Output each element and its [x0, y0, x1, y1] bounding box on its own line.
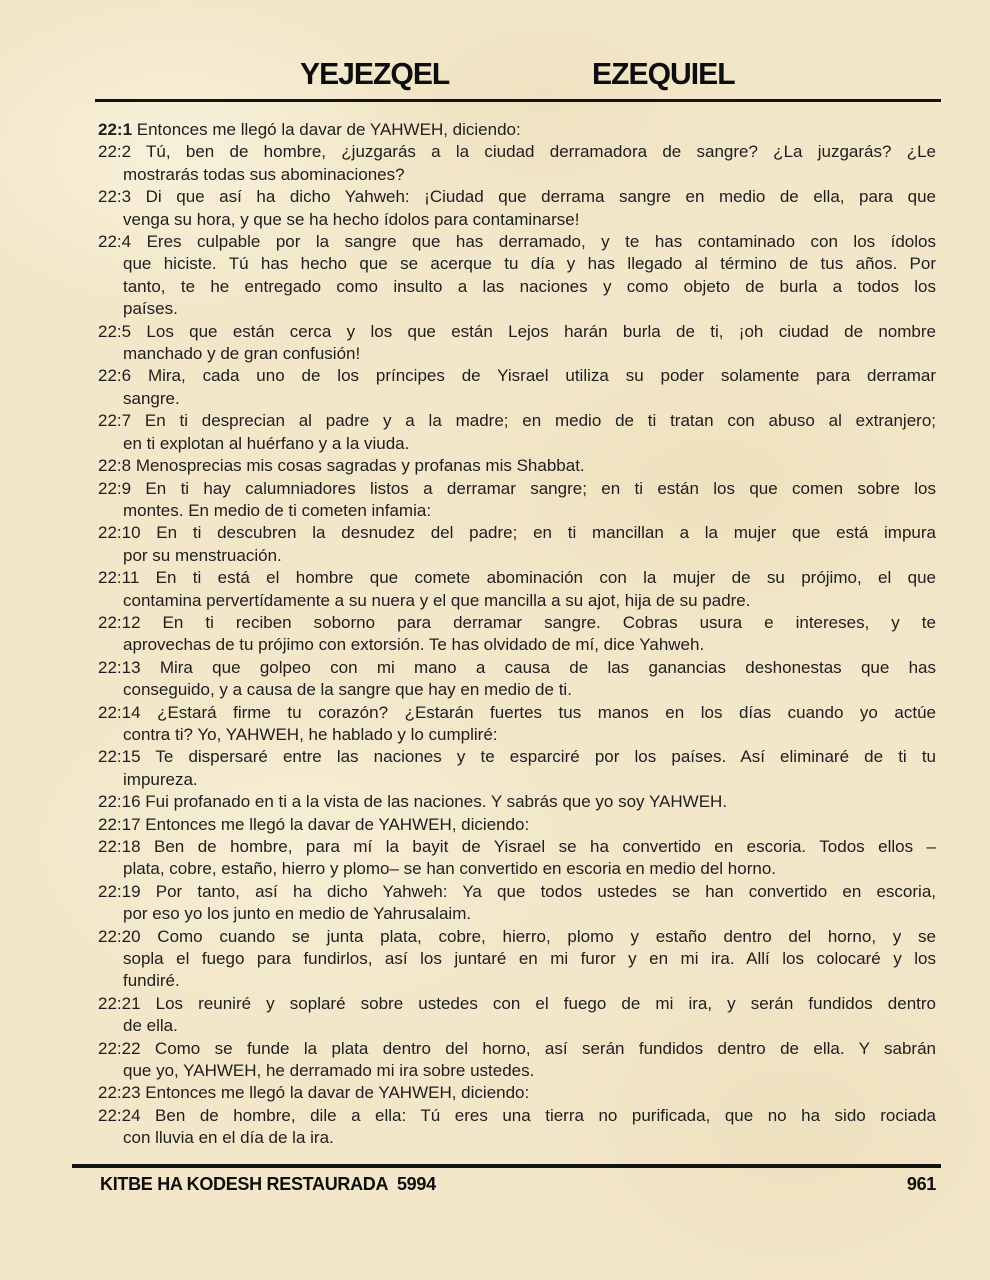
verse-number: 22:13: [98, 658, 141, 677]
verse-line: 22:20 Como cuando se junta plata, cobre,…: [98, 926, 936, 948]
verse-line: venga su hora, y que se ha hecho ídolos …: [123, 209, 936, 231]
verse: 22:5 Los que están cerca y los que están…: [98, 321, 936, 366]
verse-number: 22:20: [98, 927, 141, 946]
verse-line: 22:14 ¿Estará firme tu corazón? ¿Estarán…: [98, 702, 936, 724]
verse-line: 22:17 Entonces me llegó la davar de YAHW…: [98, 814, 936, 836]
verse-line: 22:18 Ben de hombre, para mí la bayit de…: [98, 836, 936, 858]
verse-line: aprovechas de tu prójimo con extorsión. …: [123, 634, 936, 656]
verse-line: 22:9 En ti hay calumniadores listos a de…: [98, 478, 936, 500]
verse: 22:7 En ti desprecian al padre y a la ma…: [98, 410, 936, 455]
verse-line: países.: [123, 298, 936, 320]
verse-line: 22:23 Entonces me llegó la davar de YAHW…: [98, 1082, 936, 1104]
verse: 22:24 Ben de hombre, dile a ella: Tú ere…: [98, 1105, 936, 1150]
verse-line: 22:22 Como se funde la plata dentro del …: [98, 1038, 936, 1060]
verse-line: 22:5 Los que están cerca y los que están…: [98, 321, 936, 343]
verse-line: montes. En medio de ti cometen infamia:: [123, 500, 936, 522]
verse: 22:12 En ti reciben soborno para derrama…: [98, 612, 936, 657]
verse-number: 22:22: [98, 1039, 141, 1058]
verse-body: 22:1 Entonces me llegó la davar de YAHWE…: [98, 119, 936, 1150]
verse: 22:16 Fui profanado en ti a la vista de …: [98, 791, 936, 813]
verse: 22:18 Ben de hombre, para mí la bayit de…: [98, 836, 936, 881]
verse: 22:10 En ti descubren la desnudez del pa…: [98, 522, 936, 567]
verse-line: 22:21 Los reuniré y soplaré sobre ustede…: [98, 993, 936, 1015]
verse: 22:3 Di que así ha dicho Yahweh: ¡Ciudad…: [98, 186, 936, 231]
verse-number: 22:4: [98, 232, 131, 251]
verse-line: 22:6 Mira, cada uno de los príncipes de …: [98, 365, 936, 387]
page-number: 961: [907, 1174, 936, 1195]
verse-line: conseguido, y a causa de la sangre que h…: [123, 679, 936, 701]
verse-line: que yo, YAHWEH, he derramado mi ira sobr…: [123, 1060, 936, 1082]
scanned-scripture-page: YEJEZQEL EZEQUIEL 22:1 Entonces me llegó…: [0, 0, 990, 1280]
verse-number: 22:23: [98, 1083, 141, 1102]
header-rule: [95, 99, 941, 102]
verse-line: 22:8 Menosprecias mis cosas sagradas y p…: [98, 455, 936, 477]
verse: 22:23 Entonces me llegó la davar de YAHW…: [98, 1082, 936, 1104]
verse-line: fundiré.: [123, 970, 936, 992]
footer: KITBE HA KODESH RESTAURADA 5994 961: [100, 1174, 936, 1195]
verse-number: 22:21: [98, 994, 141, 1013]
verse-line: 22:16 Fui profanado en ti a la vista de …: [98, 791, 936, 813]
verse-line: 22:15 Te dispersaré entre las naciones y…: [98, 746, 936, 768]
verse-number: 22:11: [98, 568, 139, 587]
verse-line: 22:2 Tú, ben de hombre, ¿juzgarás a la c…: [98, 141, 936, 163]
verse-line: contamina pervertídamente a su nuera y e…: [123, 590, 936, 612]
verse: 22:4 Eres culpable por la sangre que has…: [98, 231, 936, 321]
verse-number: 22:8: [98, 456, 131, 475]
verse-number: 22:24: [98, 1106, 141, 1125]
verse: 22:17 Entonces me llegó la davar de YAHW…: [98, 814, 936, 836]
verse-line: de ella.: [123, 1015, 936, 1037]
verse-number: 22:15: [98, 747, 141, 766]
verse-line: por su menstruación.: [123, 545, 936, 567]
verse-line: sopla el fuego para fundirlos, así los j…: [123, 948, 936, 970]
verse: 22:6 Mira, cada uno de los príncipes de …: [98, 365, 936, 410]
verse-number: 22:7: [98, 411, 131, 430]
verse-line: contra ti? Yo, YAHWEH, he hablado y lo c…: [123, 724, 936, 746]
verse: 22:20 Como cuando se junta plata, cobre,…: [98, 926, 936, 993]
verse: 22:19 Por tanto, así ha dicho Yahweh: Ya…: [98, 881, 936, 926]
footer-rule: [72, 1164, 941, 1168]
verse-line: tanto, te he entregado como insulto a la…: [123, 276, 936, 298]
book-edition-label: KITBE HA KODESH RESTAURADA 5994: [100, 1174, 436, 1195]
verse: 22:14 ¿Estará firme tu corazón? ¿Estarán…: [98, 702, 936, 747]
page-title-hebrew: YEJEZQEL: [300, 56, 449, 92]
verse: 22:13 Mira que golpeo con mi mano a caus…: [98, 657, 936, 702]
verse: 22:1 Entonces me llegó la davar de YAHWE…: [98, 119, 936, 141]
verse-number: 22:18: [98, 837, 141, 856]
verse-line: mostrarás todas sus abominaciones?: [123, 164, 936, 186]
verse: 22:22 Como se funde la plata dentro del …: [98, 1038, 936, 1083]
verse-number: 22:12: [98, 613, 141, 632]
verse-line: por eso yo los junto en medio de Yahrusa…: [123, 903, 936, 925]
verse: 22:2 Tú, ben de hombre, ¿juzgarás a la c…: [98, 141, 936, 186]
verse-number: 22:6: [98, 366, 131, 385]
verse-line: plata, cobre, estaño, hierro y plomo– se…: [123, 858, 936, 880]
verse-line: sangre.: [123, 388, 936, 410]
verse-line: 22:7 En ti desprecian al padre y a la ma…: [98, 410, 936, 432]
verse-line: 22:4 Eres culpable por la sangre que has…: [98, 231, 936, 253]
verse-line: con lluvia en el día de la ira.: [123, 1127, 936, 1149]
verse: 22:9 En ti hay calumniadores listos a de…: [98, 478, 936, 523]
verse-number: 22:17: [98, 815, 141, 834]
verse-line: 22:13 Mira que golpeo con mi mano a caus…: [98, 657, 936, 679]
verse-line: 22:10 En ti descubren la desnudez del pa…: [98, 522, 936, 544]
verse-line: manchado y de gran confusión!: [123, 343, 936, 365]
verse: 22:8 Menosprecias mis cosas sagradas y p…: [98, 455, 936, 477]
verse-line: 22:1 Entonces me llegó la davar de YAHWE…: [98, 119, 936, 141]
verse-number: 22:10: [98, 523, 141, 542]
verse-number: 22:19: [98, 882, 141, 901]
page-title-spanish: EZEQUIEL: [592, 56, 735, 92]
verse-line: 22:11 En ti está el hombre que comete ab…: [98, 567, 936, 589]
verse-line: que hiciste. Tú has hecho que se acerque…: [123, 253, 936, 275]
verse-line: 22:19 Por tanto, así ha dicho Yahweh: Ya…: [98, 881, 936, 903]
verse-number: 22:14: [98, 703, 141, 722]
verse-line: impureza.: [123, 769, 936, 791]
verse-number: 22:3: [98, 187, 131, 206]
verse-number: 22:16: [98, 792, 141, 811]
verse-number: 22:1: [98, 120, 132, 139]
verse: 22:15 Te dispersaré entre las naciones y…: [98, 746, 936, 791]
verse-number: 22:2: [98, 142, 131, 161]
verse-line: 22:24 Ben de hombre, dile a ella: Tú ere…: [98, 1105, 936, 1127]
verse-line: 22:3 Di que así ha dicho Yahweh: ¡Ciudad…: [98, 186, 936, 208]
verse-line: 22:12 En ti reciben soborno para derrama…: [98, 612, 936, 634]
verse-line: en ti explotan al huérfano y a la viuda.: [123, 433, 936, 455]
verse-number: 22:5: [98, 322, 131, 341]
verse: 22:11 En ti está el hombre que comete ab…: [98, 567, 936, 612]
verse-number: 22:9: [98, 479, 131, 498]
verse: 22:21 Los reuniré y soplaré sobre ustede…: [98, 993, 936, 1038]
